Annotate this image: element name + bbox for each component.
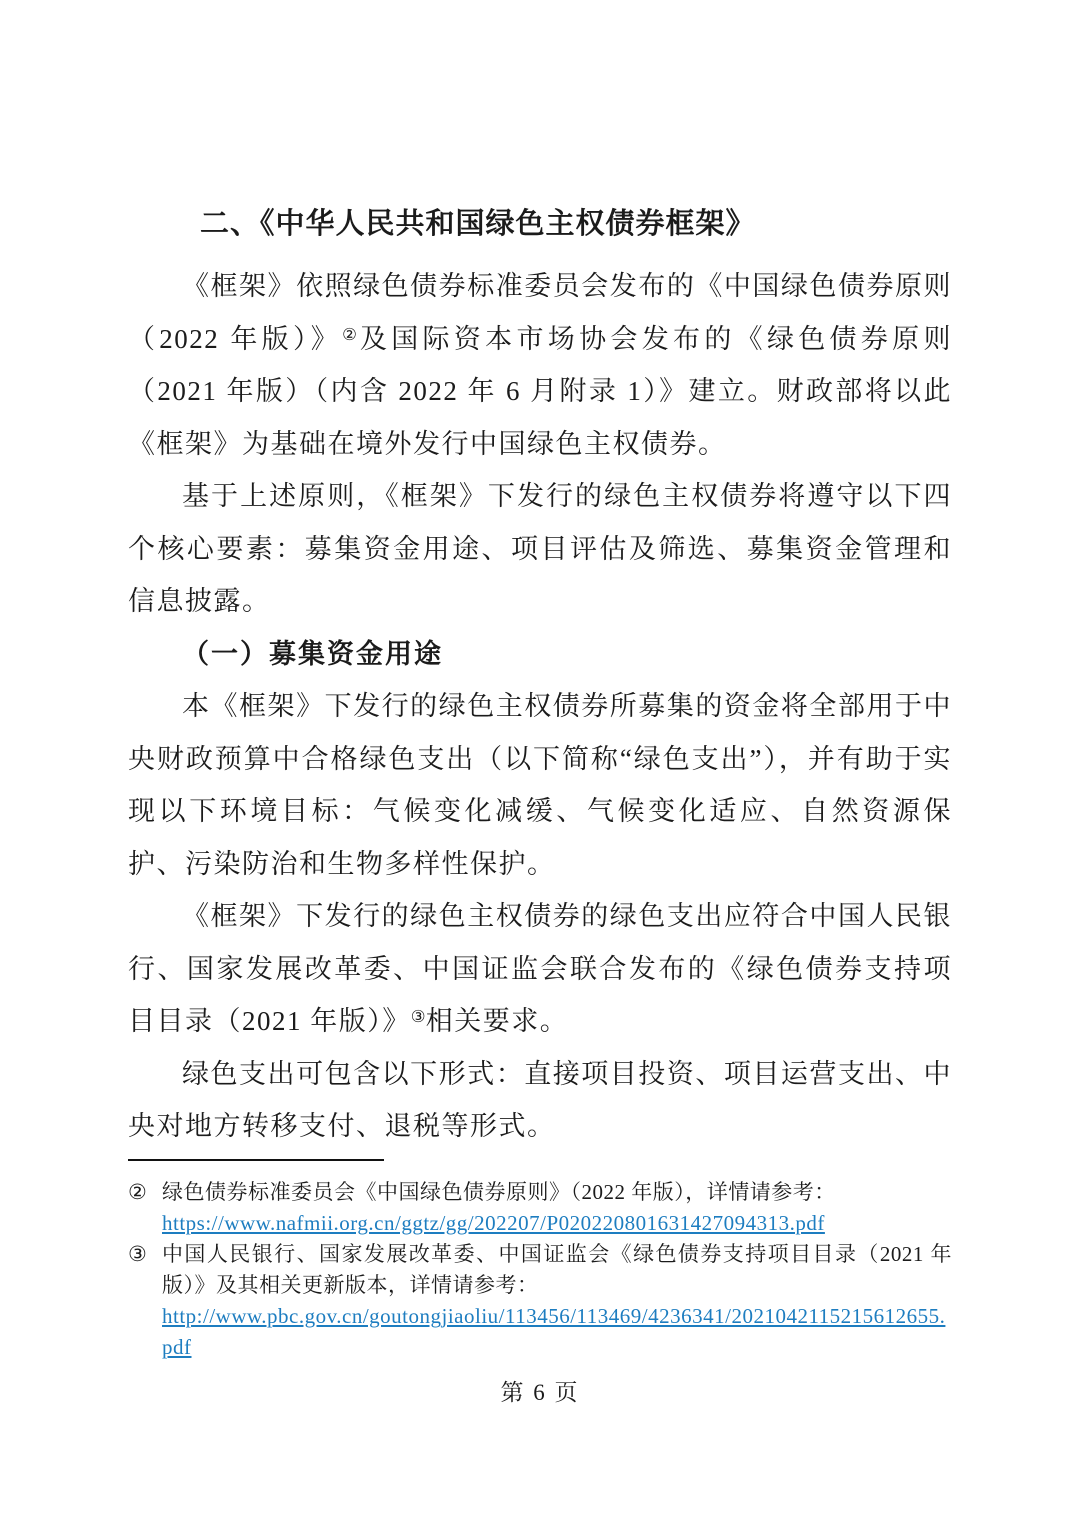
- footnote-3: ③ 中国人民银行、国家发展改革委、中国证监会《绿色债券支持项目目录（2021 年…: [128, 1239, 952, 1363]
- paragraph-green-expenditure-catalogue: 《框架》下发行的绿色主权债券的绿色支出应符合中国人民银行、国家发展改革委、中国证…: [128, 890, 952, 1048]
- footnote-3-content: 中国人民银行、国家发展改革委、中国证监会《绿色债券支持项目目录（2021 年版）…: [162, 1239, 952, 1363]
- paragraph-expenditure-forms: 绿色支出可包含以下形式：直接项目投资、项目运营支出、中央对地方转移支付、退税等形…: [128, 1048, 952, 1153]
- document-body: 《框架》依照绿色债券标准委员会发布的《中国绿色债券原则（2022 年版）》②及国…: [128, 260, 952, 1153]
- footnotes: ② 绿色债券标准委员会《中国绿色债券原则》（2022 年版），详情请参考： ht…: [128, 1177, 952, 1363]
- paragraph-core-elements: 基于上述原则，《框架》下发行的绿色主权债券将遵守以下四个核心要素：募集资金用途、…: [128, 470, 952, 628]
- section-title: 二、《中华人民共和国绿色主权债券框架》: [200, 202, 952, 246]
- footnote-reference-mark: ②: [342, 325, 360, 344]
- document-page: 二、《中华人民共和国绿色主权债券框架》 《框架》依照绿色债券标准委员会发布的《中…: [0, 0, 1080, 1527]
- footnote-separator: [128, 1159, 384, 1162]
- footnote-2: ② 绿色债券标准委员会《中国绿色债券原则》（2022 年版），详情请参考： ht…: [128, 1177, 952, 1239]
- footnote-3-text: 中国人民银行、国家发展改革委、中国证监会《绿色债券支持项目目录（2021 年版）…: [162, 1242, 952, 1297]
- footnote-3-link[interactable]: http://www.pbc.gov.cn/goutongjiaoliu/113…: [162, 1301, 952, 1363]
- footnote-3-marker: ③: [128, 1239, 162, 1270]
- page-number: 第 6 页: [128, 1377, 952, 1409]
- paragraph-framework-basis: 《框架》依照绿色债券标准委员会发布的《中国绿色债券原则（2022 年版）》②及国…: [128, 260, 952, 470]
- paragraph-proceeds-allocation: 本《框架》下发行的绿色主权债券所募集的资金将全部用于中央财政预算中合格绿色支出（…: [128, 680, 952, 890]
- footnote-2-content: 绿色债券标准委员会《中国绿色债券原则》（2022 年版），详情请参考： http…: [162, 1177, 952, 1239]
- footnote-2-marker: ②: [128, 1177, 162, 1208]
- footnote-2-text: 绿色债券标准委员会《中国绿色债券原则》（2022 年版），详情请参考：: [162, 1180, 836, 1204]
- footnote-2-link[interactable]: https://www.nafmii.org.cn/ggtz/gg/202207…: [162, 1208, 952, 1239]
- footnote-reference-mark: ③: [411, 1007, 426, 1026]
- subsection-heading-use-of-proceeds: （一）募集资金用途: [128, 628, 952, 681]
